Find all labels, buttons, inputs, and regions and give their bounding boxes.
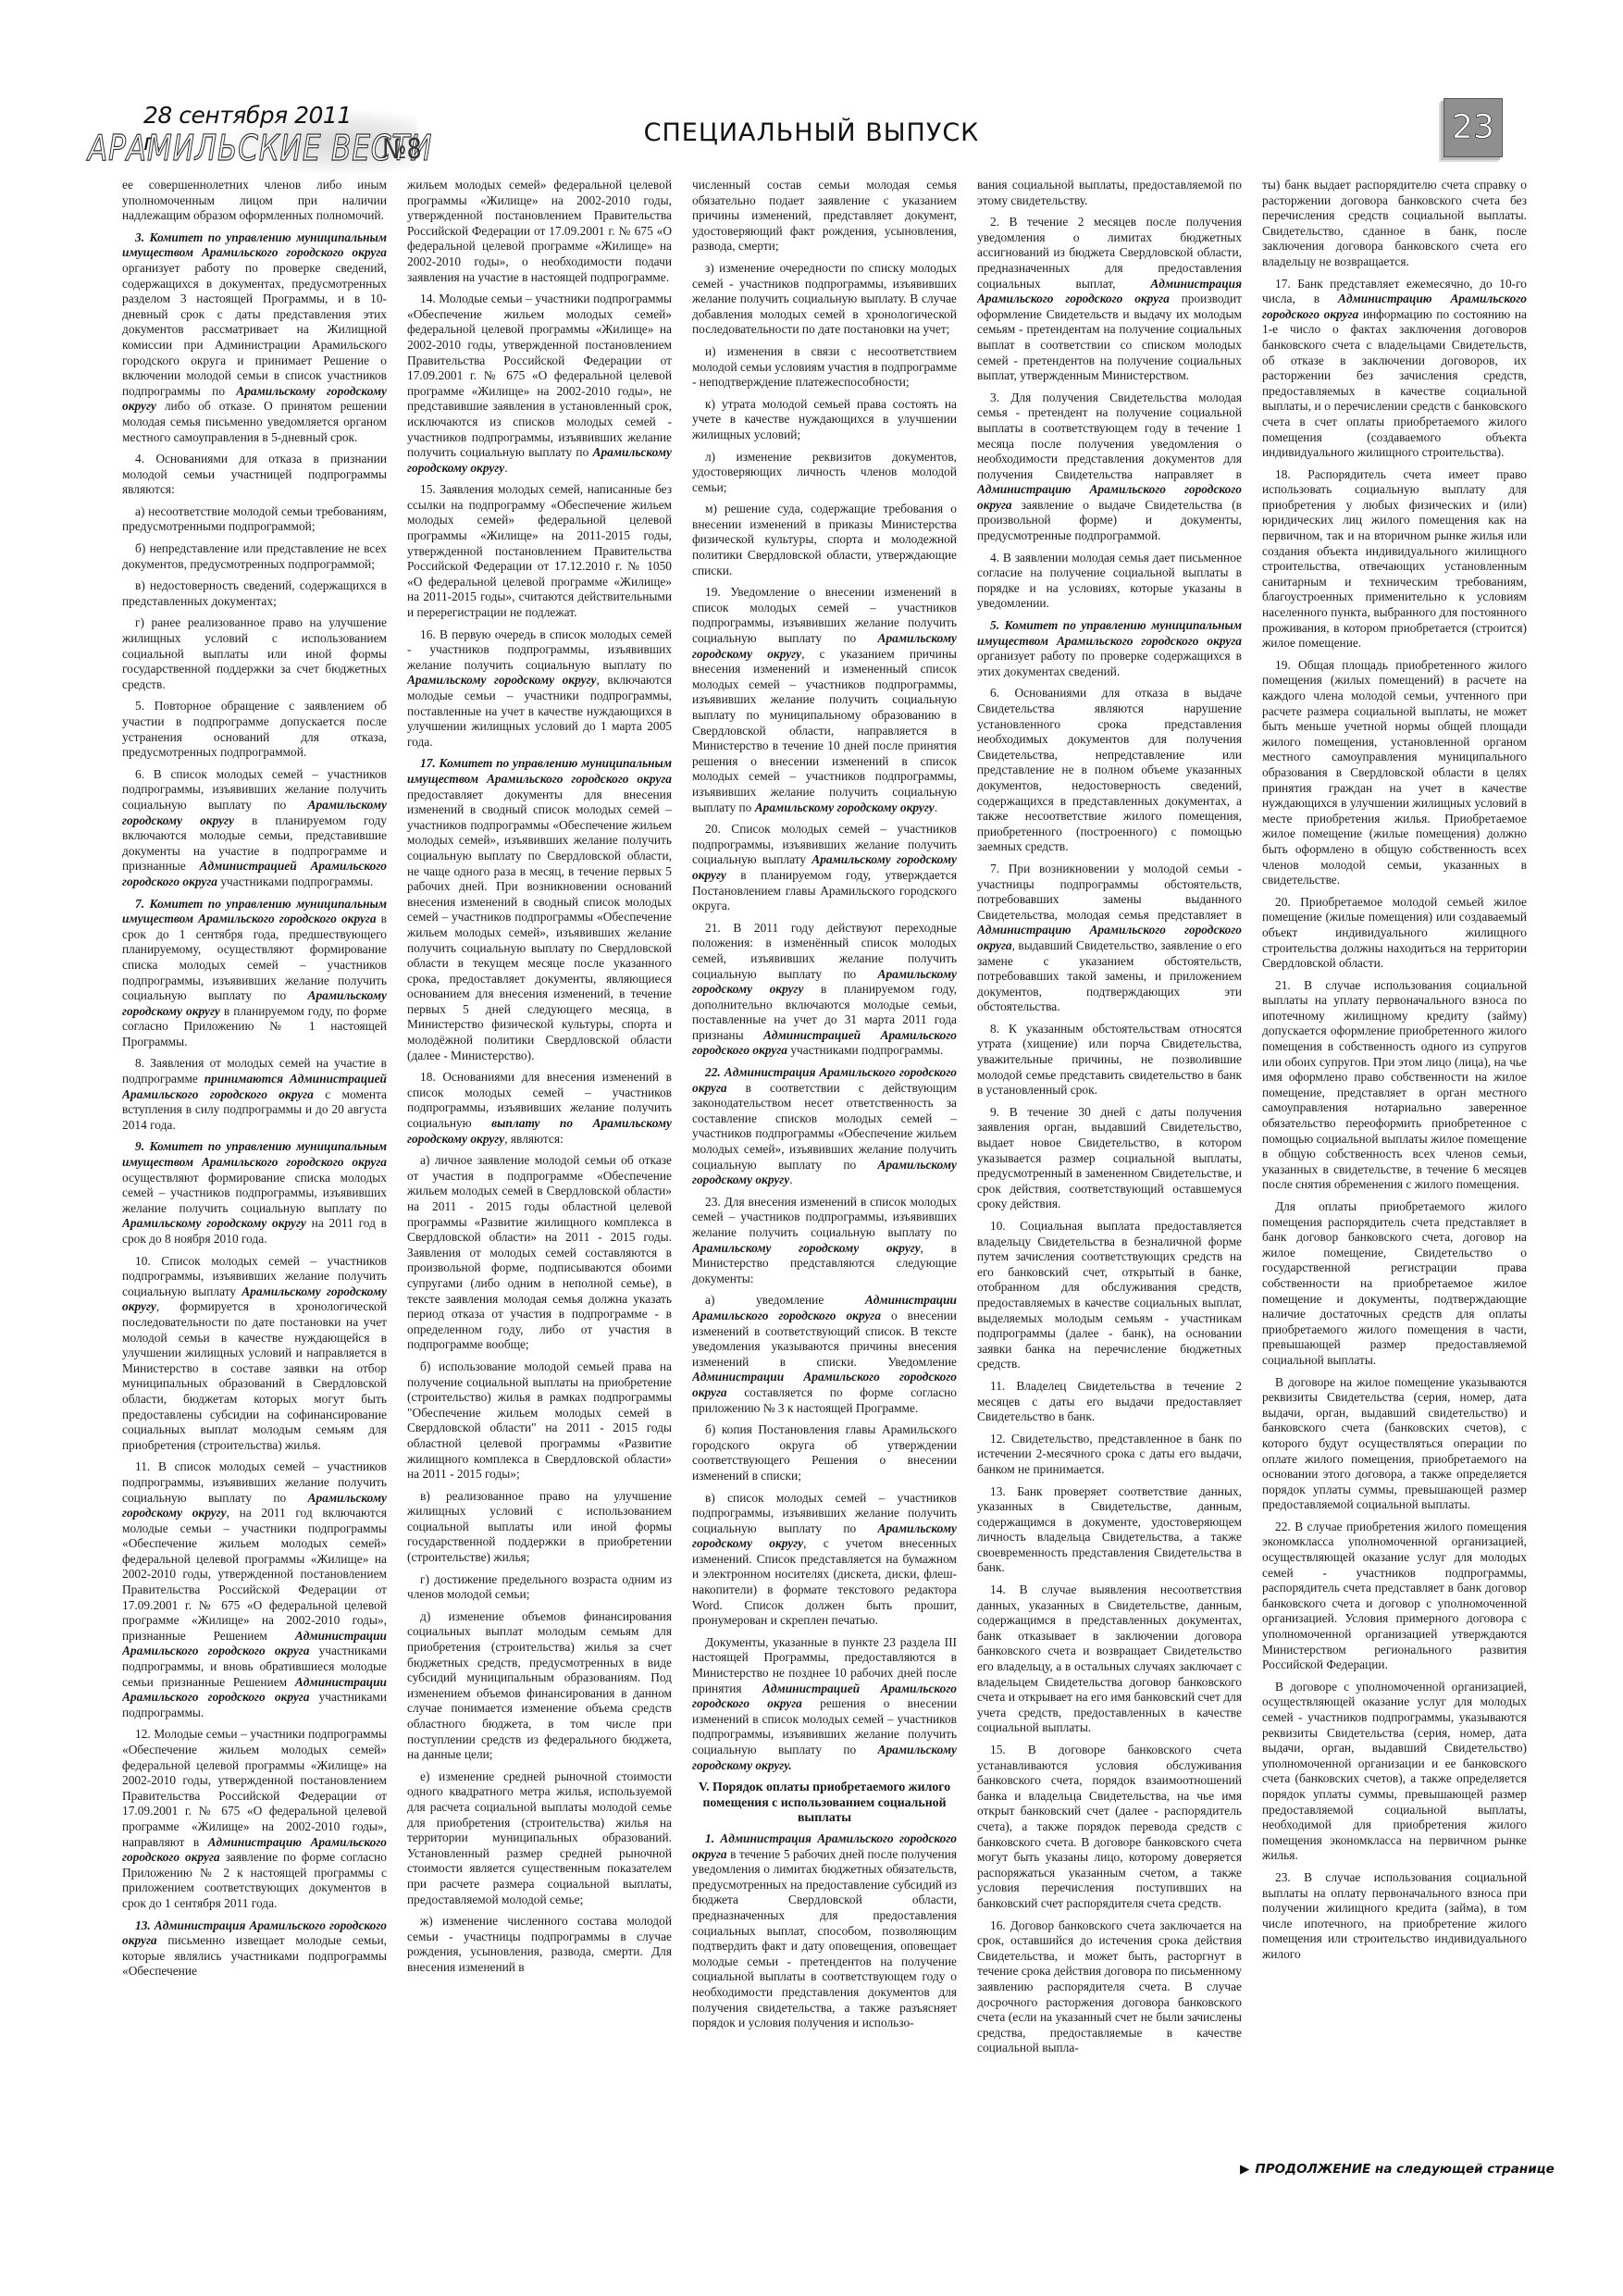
paragraph: м) решение суда, содержащие требования о… xyxy=(692,502,957,578)
paragraph: ее совершеннолетних членов либо иным упо… xyxy=(122,178,387,224)
paragraph: В договоре с уполномоченной организацией… xyxy=(1262,1680,1527,1864)
body-text: 8. К указанным обстоятельствам относятся… xyxy=(977,1022,1242,1097)
paragraph: 11. Владелец Свидетельства в течение 2 м… xyxy=(977,1379,1242,1425)
emphasis-text: Арамильскому городскому округу xyxy=(755,800,935,814)
text-column-4: вания социальной выплаты, предоставляемо… xyxy=(977,178,1242,2214)
paragraph: а) личное заявление молодой семьи об отк… xyxy=(407,1153,672,1353)
body-text: 4. В заявлении молодая семья дает письме… xyxy=(977,551,1242,611)
paragraph: 5. Повторное обращение с заявлением об у… xyxy=(122,699,387,760)
paragraph: г) ранее реализованное право на улучшени… xyxy=(122,615,387,692)
paragraph: 10. Список молодых семей – участников по… xyxy=(122,1254,387,1454)
paragraph: г) достижение предельного возраста одним… xyxy=(407,1572,672,1603)
body-text: заявление о выдаче Свидетельства (в прои… xyxy=(977,498,1242,542)
paragraph: 18. Распорядитель счета имеет право испо… xyxy=(1262,467,1527,652)
continued-label: ПРОДОЛЖЕНИЕ на следующей странице xyxy=(1255,2162,1554,2177)
body-text: 23. В случае использования социальной вы… xyxy=(1262,1870,1527,1961)
paragraph: 20. Приобретаемое молодой семьей жилое п… xyxy=(1262,895,1527,972)
body-text: организует работу по проверке содержащих… xyxy=(977,649,1242,678)
emphasis-text: 3. Комитет по управлению муниципальным и… xyxy=(122,230,387,260)
body-text: , выдавший Свидетельство, заявление о ег… xyxy=(977,938,1242,1013)
body-text: 14. Молодые семьи – участники подпрограм… xyxy=(407,292,672,459)
continued-next-page-link: ▶ПРОДОЛЖЕНИЕ на следующей странице xyxy=(1240,2162,1555,2177)
paragraph: з) изменение очередности по списку молод… xyxy=(692,261,957,338)
emphasis-text: 9. Комитет по управлению муниципальным и… xyxy=(122,1139,387,1169)
paragraph: 7. Комитет по управлению муниципальным и… xyxy=(122,897,387,1050)
paragraph: 17. Комитет по управлению муниципальным … xyxy=(407,756,672,1063)
paragraph: б) использование молодой семьей права на… xyxy=(407,1359,672,1483)
body-text: б) использование молодой семьей права на… xyxy=(407,1359,672,1481)
body-text: 12. Свидетельство, представленное в банк… xyxy=(977,1432,1242,1476)
body-text: а) личное заявление молодой семьи об отк… xyxy=(407,1153,672,1351)
body-text: б) копия Постановления главы Арамильског… xyxy=(692,1422,957,1483)
body-text: а) несоответствие молодой семьи требован… xyxy=(122,504,387,534)
paragraph: и) изменения в связи с несоответствием м… xyxy=(692,344,957,391)
paragraph: 16. В первую очередь в список молодых се… xyxy=(407,627,672,751)
paragraph: 9. Комитет по управлению муниципальным и… xyxy=(122,1139,387,1247)
paragraph: 22. В случае приобретения жилого помещен… xyxy=(1262,1520,1527,1673)
paragraph: 11. В список молодых семей – участников … xyxy=(122,1459,387,1720)
body-text: в) реализованное право на улучшение жили… xyxy=(407,1489,672,1564)
paragraph: 14. В случае выявления несоответствия да… xyxy=(977,1582,1242,1736)
paragraph: 15. Заявления молодых семей, написанные … xyxy=(407,482,672,620)
paragraph: 13. Администрация Арамильского городског… xyxy=(122,1918,387,1980)
body-text: м) решение суда, содержащие требования о… xyxy=(692,502,957,577)
paragraph: 12. Молодые семьи – участники подпрограм… xyxy=(122,1727,387,1911)
body-text: 22. В случае приобретения жилого помещен… xyxy=(1262,1520,1527,1671)
body-text: в) недостоверность сведений, содержащихс… xyxy=(122,578,387,608)
paragraph: Документы, указанные в пункте 23 раздела… xyxy=(692,1635,957,1773)
body-text: жильем молодых семей» федеральной целево… xyxy=(407,178,672,284)
body-text: 6. Основаниями для отказа в выдаче Свиде… xyxy=(977,686,1242,853)
paragraph: в) недостоверность сведений, содержащихс… xyxy=(122,578,387,609)
body-text: л) изменение реквизитов документов, удос… xyxy=(692,450,957,494)
paragraph: 22. Администрация Арамильского городског… xyxy=(692,1065,957,1188)
body-text: . xyxy=(789,1173,792,1186)
paragraph: 4. В заявлении молодая семья дает письме… xyxy=(977,551,1242,612)
paragraph: ты) банк выдает распорядителю счета спра… xyxy=(1262,178,1527,270)
emphasis-text: 5. Комитет по управлению муниципальным и… xyxy=(977,618,1242,648)
body-text: участниками подпрограммы. xyxy=(217,875,373,888)
body-text: 11. Владелец Свидетельства в течение 2 м… xyxy=(977,1379,1242,1423)
paragraph: вания социальной выплаты, предоставляемо… xyxy=(977,178,1242,208)
body-text: ж) изменение численного состава молодой … xyxy=(407,1914,672,1974)
paragraph: 21. В случае использования социальной вы… xyxy=(1262,978,1527,1193)
paragraph: 19. Уведомление о внесении изменений в с… xyxy=(692,585,957,815)
paragraph: 1. Администрация Арамильского городского… xyxy=(692,1831,957,2031)
body-text: з) изменение очередности по списку молод… xyxy=(692,261,957,336)
body-text: 18. Распорядитель счета имеет право испо… xyxy=(1262,467,1527,651)
paragraph: 8. К указанным обстоятельствам относятся… xyxy=(977,1022,1242,1098)
body-text: 13. Банк проверяет соответствие данных, … xyxy=(977,1484,1242,1575)
paragraph: 5. Комитет по управлению муниципальным и… xyxy=(977,618,1242,679)
body-text: 15. В договоре банковского счета устанав… xyxy=(977,1743,1242,1910)
paragraph: 9. В течение 30 дней с даты получения за… xyxy=(977,1105,1242,1212)
paragraph: 6. В список молодых семей – участников п… xyxy=(122,767,387,890)
body-text: Для оплаты приобретаемого жилого помещен… xyxy=(1262,1199,1527,1367)
page-number-badge: 23 xyxy=(1443,98,1503,157)
page-number: 23 xyxy=(1444,99,1502,156)
body-text: г) достижение предельного возраста одним… xyxy=(407,1572,672,1602)
paragraph: д) изменение объемов финансирования соци… xyxy=(407,1609,672,1763)
paragraph: Для оплаты приобретаемого жилого помещен… xyxy=(1262,1199,1527,1369)
body-text: е) изменение средней рыночной стоимости … xyxy=(407,1769,672,1906)
body-text: В договоре на жилое помещение указываютс… xyxy=(1262,1375,1527,1512)
paragraph: 23. Для внесения изменений в список моло… xyxy=(692,1195,957,1287)
paragraph: 12. Свидетельство, представленное в банк… xyxy=(977,1432,1242,1478)
paragraph: ж) изменение численного состава молодой … xyxy=(407,1914,672,1975)
paragraph: е) изменение средней рыночной стоимости … xyxy=(407,1769,672,1907)
body-text: 21. В случае использования социальной вы… xyxy=(1262,978,1527,1192)
body-text: ты) банк выдает распорядителю счета спра… xyxy=(1262,178,1527,268)
body-text: информацию по состоянию на 1-е число о ф… xyxy=(1262,307,1527,459)
body-text: , с указанием причины внесения изменений… xyxy=(692,647,957,814)
body-text: либо об отказе. О принятом решении молод… xyxy=(122,399,387,443)
body-text: В договоре с уполномоченной организацией… xyxy=(1262,1680,1527,1863)
emphasis-text: 7. Комитет по управлению муниципальным и… xyxy=(122,897,387,926)
body-text: письменно извещает молодые семьи, которы… xyxy=(122,1933,387,1978)
paragraph: а) несоответствие молодой семьи требован… xyxy=(122,504,387,535)
body-text: б) непредставление или представление не … xyxy=(122,541,387,571)
body-text: 10. Социальная выплата предоставляется в… xyxy=(977,1219,1242,1371)
body-text: 7. При возникновении у молодой семьи - у… xyxy=(977,862,1242,922)
section-title: СПЕЦИАЛЬНЫЙ ВЫПУСК xyxy=(0,118,1623,147)
body-text: вания социальной выплаты, предоставляемо… xyxy=(977,178,1242,207)
article-body: ее совершеннолетних членов либо иным упо… xyxy=(122,178,1527,2214)
paragraph: б) непредставление или представление не … xyxy=(122,541,387,572)
body-text: . xyxy=(935,800,937,814)
body-text: 14. В случае выявления несоответствия да… xyxy=(977,1582,1242,1734)
paragraph: 4. Основаниями для отказа в признании мо… xyxy=(122,452,387,498)
body-text: 12. Молодые семьи – участники подпрограм… xyxy=(122,1727,387,1848)
body-text: 3. Для получения Свидетельства молодая с… xyxy=(977,391,1242,481)
text-column-5: ты) банк выдает распорядителю счета спра… xyxy=(1262,178,1527,2214)
paragraph: в) список молодых семей – участников под… xyxy=(692,1491,957,1629)
paragraph: 14. Молодые семьи – участники подпрограм… xyxy=(407,292,672,476)
paragraph: 19. Общая площадь приобретенного жилого … xyxy=(1262,658,1527,888)
body-text: V. Порядок оплаты приобретаемого жилого … xyxy=(699,1780,950,1824)
emphasis-text: Арамильскому городскому округу xyxy=(692,1241,921,1255)
body-text: участниками подпрограммы. xyxy=(787,1043,943,1057)
body-text: 9. В течение 30 дней с даты получения за… xyxy=(977,1105,1242,1211)
emphasis-text: Арамильскому городскому округу xyxy=(122,1216,306,1230)
paragraph: 7. При возникновении у молодой семьи - у… xyxy=(977,862,1242,1015)
paragraph: 3. Для получения Свидетельства молодая с… xyxy=(977,391,1242,544)
body-text: . xyxy=(504,461,507,475)
paragraph: В договоре на жилое помещение указываютс… xyxy=(1262,1375,1527,1513)
body-text: д) изменение объемов финансирования соци… xyxy=(407,1609,672,1761)
body-text: , на 2011 год включаются молодые семьи –… xyxy=(122,1506,387,1643)
emphasis-text: Арамильскому городскому округу xyxy=(407,673,596,687)
body-text: 5. Повторное обращение с заявлением об у… xyxy=(122,699,387,759)
body-text: г) ранее реализованное право на улучшени… xyxy=(122,615,387,690)
triangle-right-icon: ▶ xyxy=(1240,2162,1249,2177)
body-text: 20. Приобретаемое молодой семьей жилое п… xyxy=(1262,895,1527,970)
body-text: а) уведомление xyxy=(705,1293,865,1307)
body-text: , формируется в хронологической последов… xyxy=(122,1299,387,1451)
paragraph: 16. Договор банковского счета заключаетс… xyxy=(977,1918,1242,2056)
paragraph: 20. Список молодых семей – участников по… xyxy=(692,822,957,914)
paragraph: 18. Основаниями для внесения изменений в… xyxy=(407,1070,672,1147)
body-text: организует работу по проверке сведений, … xyxy=(122,261,387,398)
body-text: к) утрата молодой семьей права состоять … xyxy=(692,397,957,441)
paragraph: 15. В договоре банковского счета устанав… xyxy=(977,1743,1242,1912)
emphasis-text: 17. Комитет по управлению муниципальным … xyxy=(407,756,672,786)
paragraph: 2. В течение 2 месяцев после получения у… xyxy=(977,215,1242,384)
paragraph: численный состав семьи молодая семья обя… xyxy=(692,178,957,254)
body-text: предоставляет документы для внесения изм… xyxy=(407,788,672,1062)
text-column-2: жильем молодых семей» федеральной целево… xyxy=(407,178,672,2214)
body-text: и) изменения в связи с несоответствием м… xyxy=(692,344,957,389)
section-heading: V. Порядок оплаты приобретаемого жилого … xyxy=(692,1780,957,1826)
body-text: 16. Договор банковского счета заключаетс… xyxy=(977,1918,1242,2055)
paragraph: а) уведомление Администрации Арамильског… xyxy=(692,1293,957,1416)
body-text: составляется по форме согласно приложени… xyxy=(692,1385,957,1415)
body-text: численный состав семьи молодая семья обя… xyxy=(692,178,957,253)
paragraph: в) реализованное право на улучшение жили… xyxy=(407,1489,672,1566)
paragraph: 21. В 2011 году действуют переходные пол… xyxy=(692,921,957,1059)
body-text: 19. Общая площадь приобретенного жилого … xyxy=(1262,658,1527,887)
paragraph: 3. Комитет по управлению муниципальным и… xyxy=(122,230,387,445)
paragraph: жильем молодых семей» федеральной целево… xyxy=(407,178,672,285)
body-text: в течение 5 рабочих дней после получения… xyxy=(692,1847,957,2030)
body-text: в планируемом году, утверждается Постано… xyxy=(692,868,957,912)
body-text: 23. Для внесения изменений в список моло… xyxy=(692,1195,957,1239)
paragraph: л) изменение реквизитов документов, удос… xyxy=(692,450,957,496)
paragraph: 10. Социальная выплата предоставляется в… xyxy=(977,1219,1242,1372)
body-text: 16. В первую очередь в список молодых се… xyxy=(407,627,672,672)
paragraph: 6. Основаниями для отказа в выдаче Свиде… xyxy=(977,686,1242,855)
text-column-3: численный состав семьи молодая семья обя… xyxy=(692,178,957,2214)
body-text: 15. Заявления молодых семей, написанные … xyxy=(407,482,672,619)
paragraph: 17. Банк представляет ежемесячно, до 10-… xyxy=(1262,277,1527,461)
text-column-1: ее совершеннолетних членов либо иным упо… xyxy=(122,178,387,2214)
paragraph: 8. Заявления от молодых семей на участие… xyxy=(122,1056,387,1133)
body-text: осуществляют формирование списка молодых… xyxy=(122,1171,387,1215)
body-text: 4. Основаниями для отказа в признании мо… xyxy=(122,452,387,496)
paragraph: б) копия Постановления главы Арамильског… xyxy=(692,1422,957,1483)
paragraph: к) утрата молодой семьей права состоять … xyxy=(692,397,957,443)
body-text: , являются: xyxy=(504,1132,564,1146)
body-text: ее совершеннолетних членов либо иным упо… xyxy=(122,178,387,222)
paragraph: 13. Банк проверяет соответствие данных, … xyxy=(977,1484,1242,1577)
paragraph: 23. В случае использования социальной вы… xyxy=(1262,1870,1527,1963)
